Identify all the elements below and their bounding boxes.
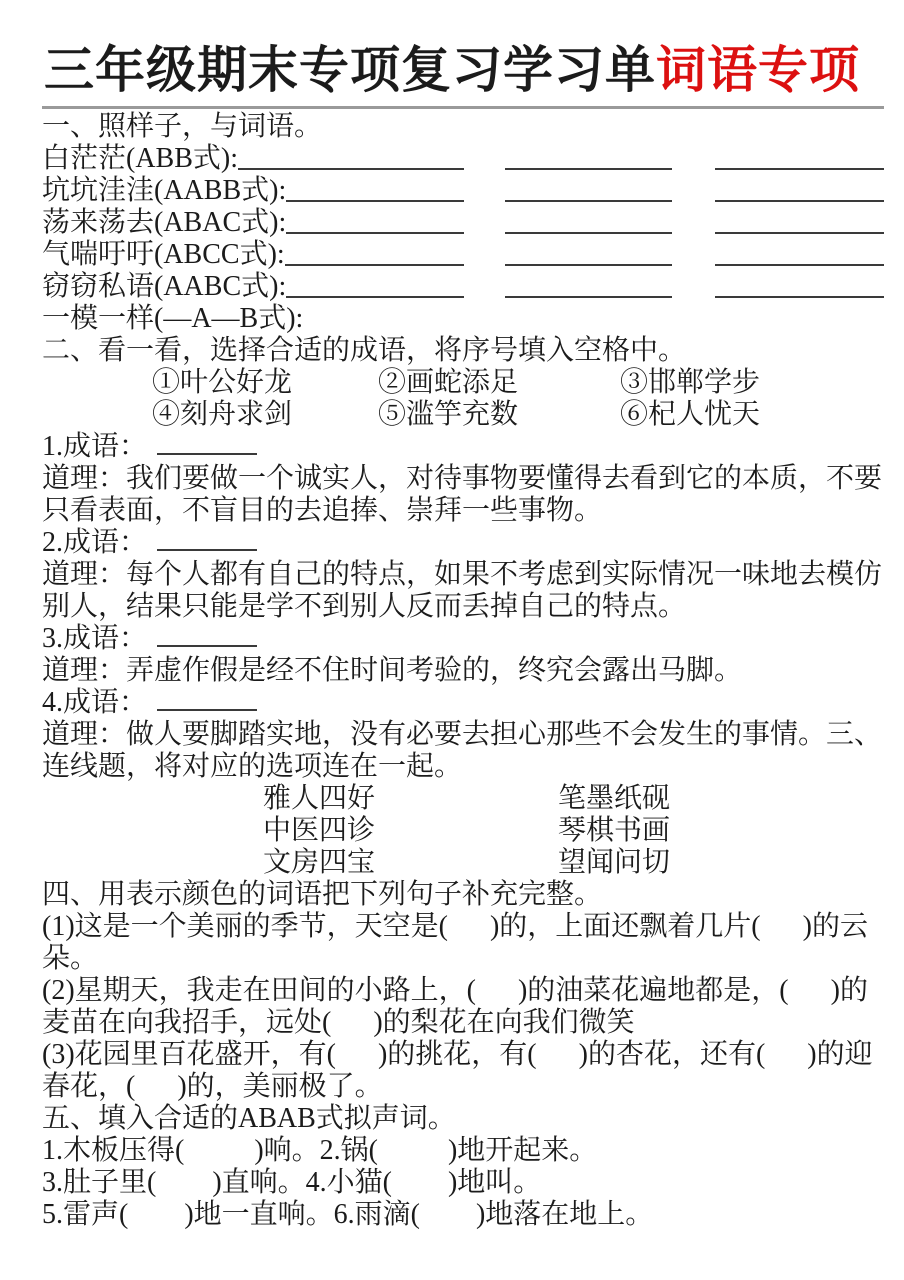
idiom-item-reason: 道理：我们要做一个诚实人，对待事物要懂得去看到它的本质，不要只看表面，不盲目的去… (42, 463, 884, 527)
answer-blank (715, 200, 884, 202)
idiom-item-label: 1.成语： (42, 431, 884, 463)
idiom-item-reason: 道理：每个人都有自己的特点，如果不考虑到实际情况一味地去模仿别人，结果只能是学不… (42, 559, 884, 623)
answer-blank (285, 264, 464, 266)
idiom-item-number: 3.成语： (42, 623, 147, 654)
idiom-item-label: 3.成语： (42, 623, 884, 655)
answer-blank (505, 264, 672, 266)
answer-blank (157, 432, 257, 455)
answer-blank (157, 528, 257, 551)
answer-blank (286, 200, 464, 202)
page-title-main: 三年级期末专项复习学习单 (44, 42, 656, 98)
idiom-option: ①叶公好龙 (152, 367, 292, 399)
color-fill-sentence: (2)星期天，我走在田间的小路上，( )的油菜花遍地都是，( )的麦苗在向我招手… (42, 975, 884, 1039)
section4-heading: 四、用表示颜色的词语把下列句子补充完整。 (42, 879, 884, 911)
onomatopoeia-sentence: 3.肚子里( )直响。4.小猫( )地叫。 (42, 1167, 884, 1199)
section1-heading: 一、照样子，与词语。 (42, 111, 884, 143)
matching-item: 中医四诊 (263, 815, 375, 847)
title-divider (42, 106, 884, 109)
color-fill-sentence: (1)这是一个美丽的季节，天空是( )的，上面还飘着几片( )的云朵。 (42, 911, 884, 975)
matching-item: 雅人四好 (263, 783, 375, 815)
answer-blank (505, 200, 672, 202)
idiom-options-row: ④刻舟求剑 ⑤滥竽充数 ⑥杞人忧天 (42, 399, 884, 431)
idiom-option: ⑤滥竽充数 (378, 399, 518, 431)
answer-blank (157, 624, 257, 647)
idiom-item-number: 1.成语： (42, 431, 147, 462)
idiom-option: ③邯郸学步 (620, 367, 760, 399)
onomatopoeia-sentence: 5.雷声( )地一直响。6.雨滴( )地落在地上。 (42, 1199, 884, 1231)
idiom-item-number: 2.成语： (42, 527, 147, 558)
word-pattern-row: 荡来荡去(ABAC式): (42, 207, 884, 239)
section5-heading: 五、填入合适的ABAB式拟声词。 (42, 1103, 884, 1135)
matching-block: 雅人四好 中医四诊 文房四宝 笔墨纸砚 琴棋书画 望闻问切 (263, 783, 884, 879)
page-title: 三年级期末专项复习学习单词语专项 (44, 38, 884, 102)
idiom-option: ②画蛇添足 (378, 367, 518, 399)
answer-blank (715, 296, 884, 298)
matching-item: 望闻问切 (558, 847, 670, 879)
section2-heading: 二、看一看，选择合适的成语，将序号填入空格中。 (42, 335, 884, 367)
matching-item: 琴棋书画 (558, 815, 670, 847)
answer-blank (286, 296, 464, 298)
word-pattern-row: 白茫茫(ABB式): (42, 143, 884, 175)
answer-blank (505, 168, 672, 170)
worksheet-page: 三年级期末专项复习学习单词语专项 一、照样子，与词语。 白茫茫(ABB式): 坑… (0, 38, 904, 1231)
word-pattern-row: 窃窃私语(AABC式): (42, 271, 884, 303)
matching-item: 文房四宝 (263, 847, 375, 879)
word-pattern-label: 荡来荡去(ABAC式): (42, 207, 286, 239)
answer-blank (505, 296, 672, 298)
color-fill-sentence: (3)花园里百花盛开，有( )的挑花，有( )的杏花，还有( )的迎春花，( )… (42, 1039, 884, 1103)
word-pattern-row: 坑坑洼洼(AABB式): (42, 175, 884, 207)
word-pattern-tail: 一模一样(—A—B式): (42, 303, 884, 335)
idiom-item-reason-text: 道理：做人要脚踏实地，没有必要去担心那些不会发生的事情。 (42, 719, 826, 750)
idiom-item-reason: 道理：做人要脚踏实地，没有必要去担心那些不会发生的事情。三、连线题，将对应的选项… (42, 719, 884, 783)
word-pattern-label: 坑坑洼洼(AABB式): (42, 175, 286, 207)
onomatopoeia-sentence: 1.木板压得( )响。2.锅( )地开起来。 (42, 1135, 884, 1167)
matching-left-column: 雅人四好 中医四诊 文房四宝 (263, 783, 375, 879)
answer-blank (157, 688, 257, 711)
page-title-accent: 词语专项 (656, 42, 860, 98)
idiom-option: ⑥杞人忧天 (620, 399, 760, 431)
idiom-item-label: 2.成语： (42, 527, 884, 559)
matching-item: 笔墨纸砚 (558, 783, 670, 815)
idiom-option: ④刻舟求剑 (152, 399, 292, 431)
answer-blank (286, 232, 464, 234)
idiom-item-number: 4.成语： (42, 687, 147, 718)
word-pattern-label: 白茫茫(ABB式): (42, 143, 238, 175)
answer-blank (238, 168, 464, 170)
answer-blank (715, 264, 884, 266)
answer-blank (505, 232, 672, 234)
answer-blank (715, 168, 884, 170)
answer-blank (715, 232, 884, 234)
idiom-item-reason: 道理：弄虚作假是经不住时间考验的，终究会露出马脚。 (42, 655, 884, 687)
idiom-options-row: ①叶公好龙 ②画蛇添足 ③邯郸学步 (42, 367, 884, 399)
word-pattern-row: 气喘吁吁(ABCC式): (42, 239, 884, 271)
word-pattern-label: 气喘吁吁(ABCC式): (42, 239, 285, 271)
idiom-item-label: 4.成语： (42, 687, 884, 719)
matching-right-column: 笔墨纸砚 琴棋书画 望闻问切 (558, 783, 670, 879)
word-pattern-label: 窃窃私语(AABC式): (42, 271, 286, 303)
